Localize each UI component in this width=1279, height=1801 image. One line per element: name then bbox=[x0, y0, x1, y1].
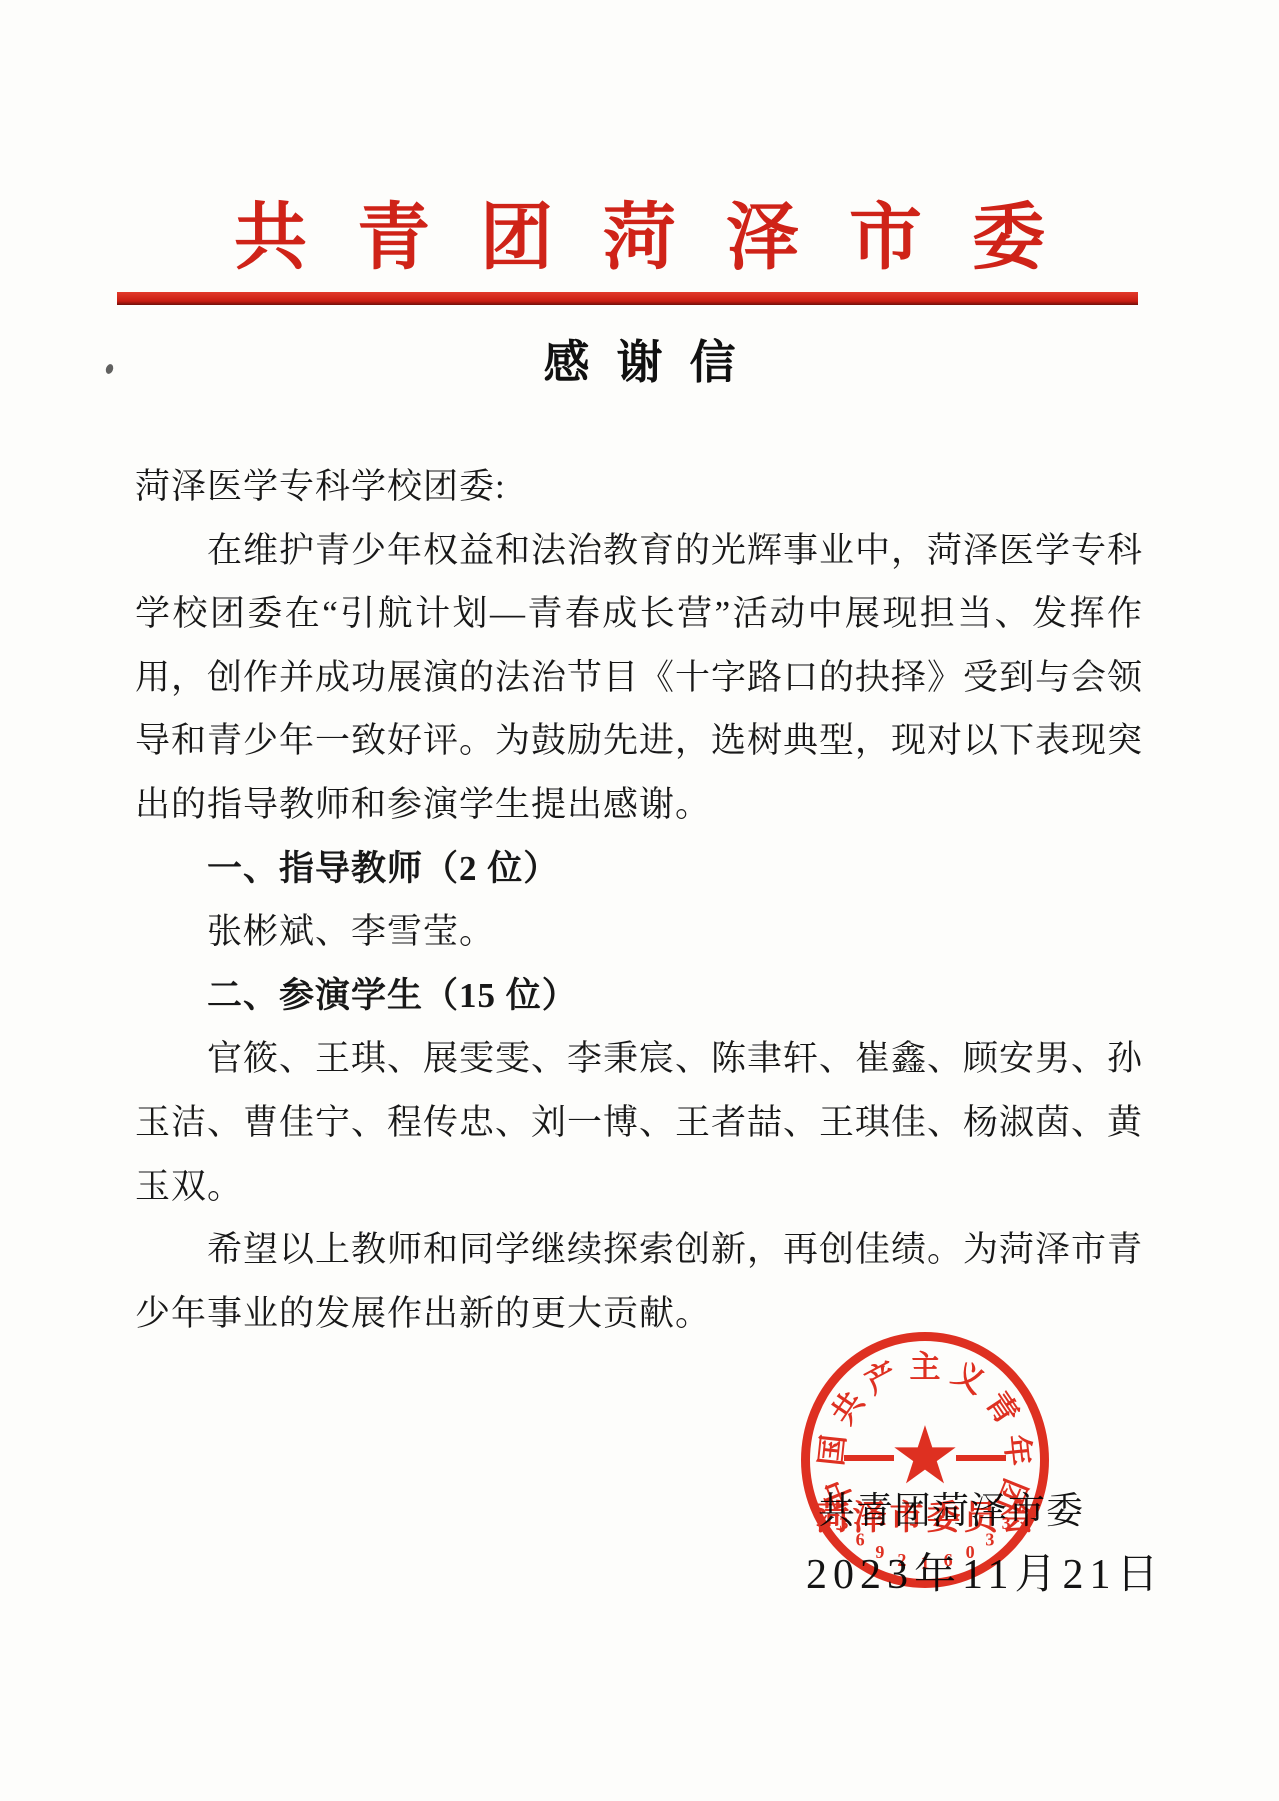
letter-body: 菏泽医学专科学校团委: 在维护青少年权益和法治教育的光辉事业中，菏泽医学专科 学… bbox=[135, 455, 1143, 1345]
body-line: 出的指导教师和参演学生提出感谢。 bbox=[135, 773, 1143, 837]
body-line: 学校团委在“引航计划—青春成长营”活动中展现担当、发挥作 bbox=[135, 582, 1143, 646]
body-line: 希望以上教师和同学继续探索创新，再创佳绩。为菏泽市青 bbox=[135, 1218, 1143, 1282]
section-heading-students: 二、参演学生（15 位） bbox=[135, 964, 1143, 1028]
body-line: 用，创作并成功展演的法治节目《十字路口的抉择》受到与会领 bbox=[135, 646, 1143, 710]
seal-number: 330612963 bbox=[801, 1332, 1049, 1588]
document-page: 共青团菏泽市委 感谢信 菏泽医学专科学校团委: 在维护青少年权益和法治教育的光辉… bbox=[0, 0, 1279, 1801]
teacher-names: 张彬斌、李雪莹。 bbox=[135, 900, 1143, 964]
student-names: 官筱、王琪、展雯雯、李秉宸、陈聿轩、崔鑫、顾安男、孙 bbox=[135, 1027, 1143, 1091]
salutation: 菏泽医学专科学校团委: bbox=[135, 455, 1143, 519]
body-line: 在维护青少年权益和法治教育的光辉事业中，菏泽医学专科 bbox=[135, 519, 1143, 583]
body-line: 导和青少年一致好评。为鼓励先进，选树典型，现对以下表现突 bbox=[135, 709, 1143, 773]
official-seal: 中国共产主义青年团 ★ 菏泽市委员会 330612963 bbox=[801, 1332, 1049, 1588]
section-heading-teachers: 一、指导教师（2 位） bbox=[135, 837, 1143, 901]
student-names: 玉双。 bbox=[135, 1155, 1143, 1219]
document-title: 感谢信 bbox=[0, 326, 1279, 392]
letterhead-rule bbox=[117, 292, 1138, 305]
student-names: 玉洁、曹佳宁、程传忠、刘一博、王者喆、王琪佳、杨淑茵、黄 bbox=[135, 1091, 1143, 1155]
letterhead-org-name: 共青团菏泽市委 bbox=[0, 178, 1279, 283]
